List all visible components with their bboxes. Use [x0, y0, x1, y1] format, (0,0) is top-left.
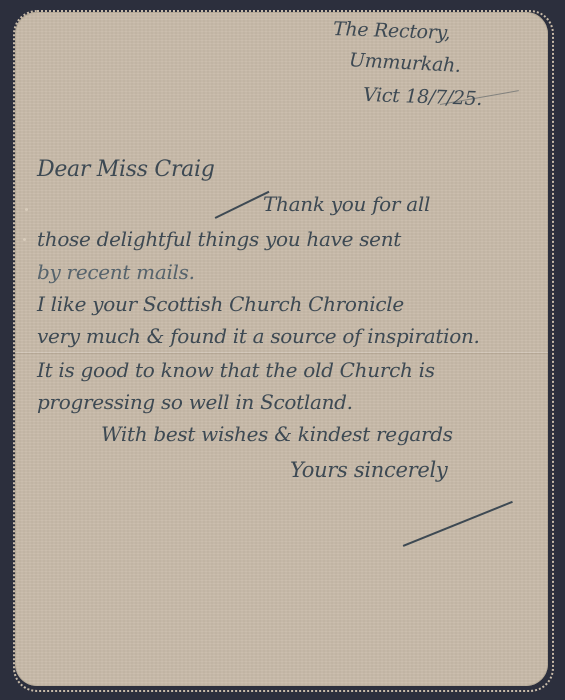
fold-line [15, 352, 548, 353]
address-date: Vict 18/7/25. [363, 84, 483, 110]
body-line-5: very much & found it a source of inspira… [37, 324, 480, 348]
body-line-7: progressing so well in Scotland. [37, 390, 353, 414]
address-line-2: Ummurkah. [349, 49, 462, 77]
document-scan: The Rectory, Ummurkah. Vict 18/7/25. Dea… [0, 0, 565, 700]
closing: Yours sincerely [290, 458, 447, 482]
salutation: Dear Miss Craig [37, 157, 215, 182]
paper-mark [25, 208, 28, 211]
letter-card: The Rectory, Ummurkah. Vict 18/7/25. Dea… [15, 12, 548, 686]
body-line-3: by recent mails. [37, 260, 195, 284]
body-line-1: Thank you for all [263, 192, 430, 216]
body-line-2: those delightful things you have sent [37, 227, 401, 251]
body-line-6: It is good to know that the old Church i… [37, 358, 435, 382]
body-line-4: I like your Scottish Church Chronicle [37, 292, 404, 316]
signature-underline [403, 501, 513, 547]
body-line-8: With best wishes & kindest regards [101, 422, 453, 446]
salutation-flourish [215, 191, 270, 219]
address-line-1: The Rectory, [333, 18, 451, 44]
paper-mark [23, 238, 26, 241]
